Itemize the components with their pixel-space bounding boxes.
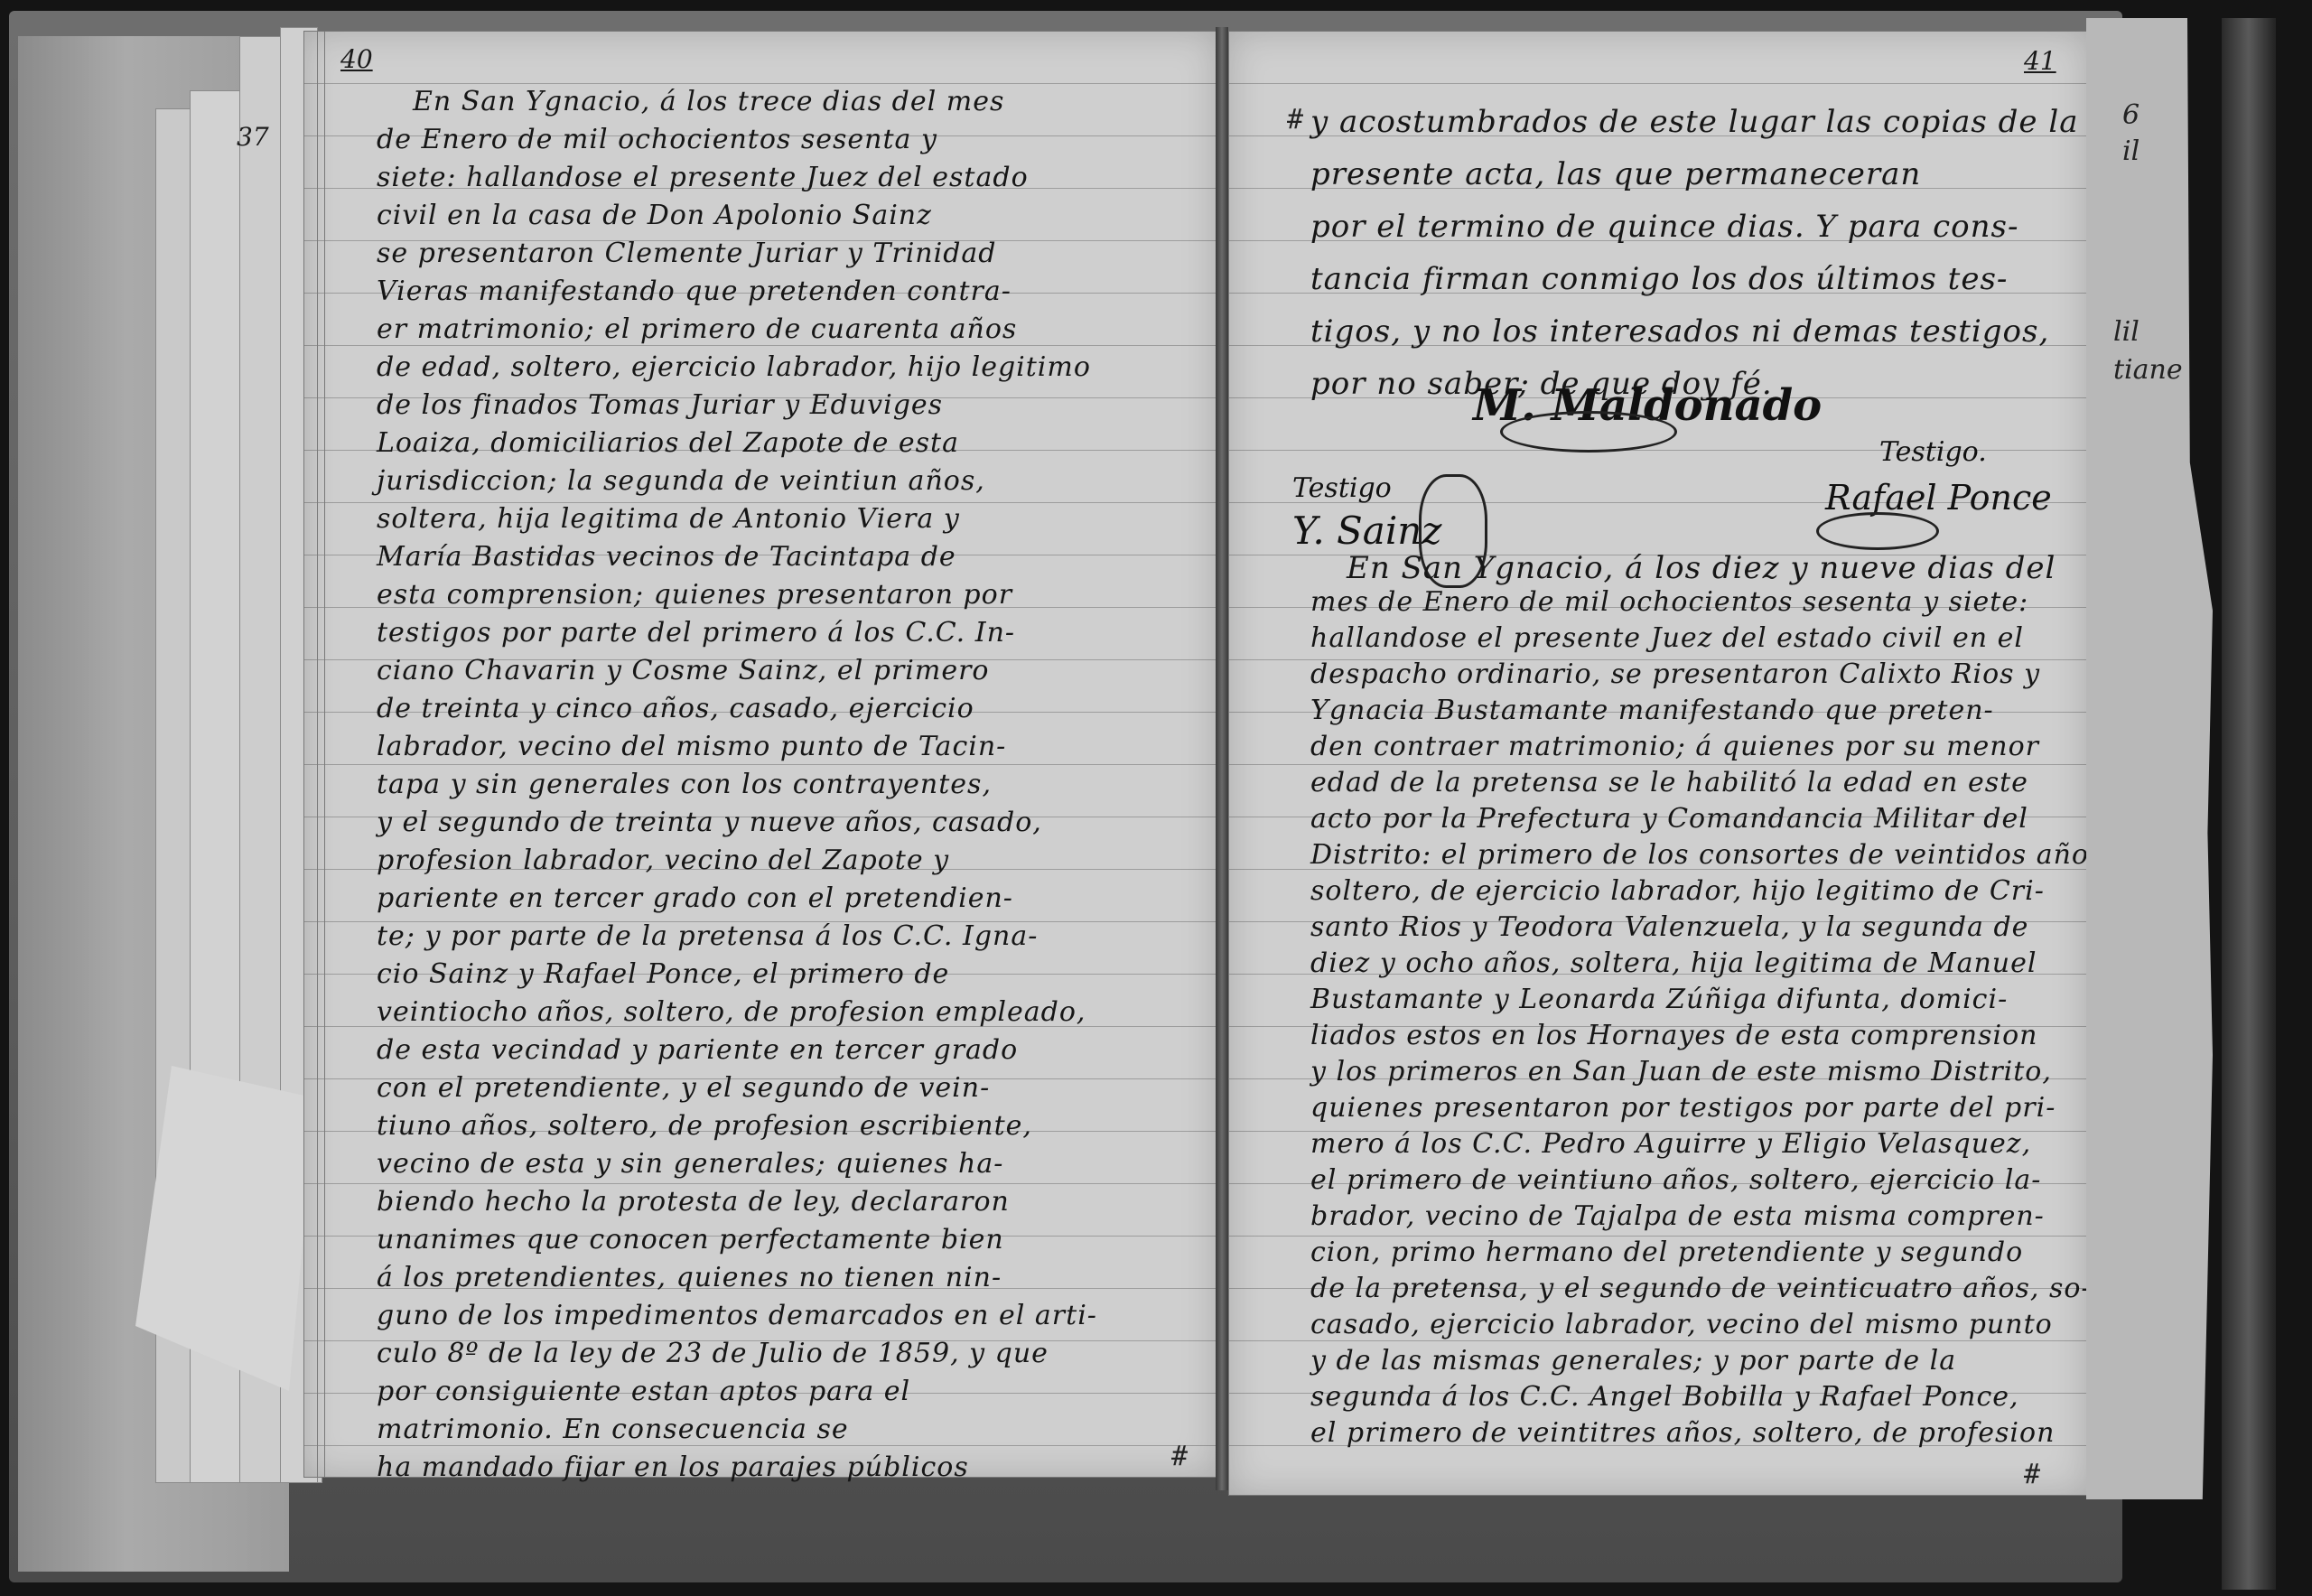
text-line: presente acta, las que permaneceran xyxy=(1310,156,1921,192)
text-line: matrimonio. En consecuencia se xyxy=(377,1414,849,1445)
text-line: y de las mismas generales; y por parte d… xyxy=(1310,1345,1956,1377)
text-line: de la pretensa, y el segundo de veinticu… xyxy=(1310,1273,2092,1304)
text-line: diez y ocho años, soltera, hija legitima… xyxy=(1310,947,2037,979)
text-line: quienes presentaron por testigos por par… xyxy=(1310,1092,2056,1124)
signature-flourish xyxy=(1500,411,1677,453)
text-line: se presentaron Clemente Juriar y Trinida… xyxy=(377,238,997,269)
end-mark: # xyxy=(2024,1459,2040,1490)
text-line: brador, vecino de Tajalpa de esta misma … xyxy=(1310,1200,2045,1232)
text-line: tancia firman conmigo los dos últimos te… xyxy=(1310,261,2008,297)
text-line: culo 8º de la ley de 23 de Julio de 1859… xyxy=(377,1338,1049,1369)
text-line: tigos, y no los interesados ni demas tes… xyxy=(1310,313,2049,350)
text-line: soltera, hija legitima de Antonio Viera … xyxy=(377,503,960,535)
text-line: Ygnacia Bustamante manifestando que pret… xyxy=(1310,695,1994,726)
text-line: María Bastidas vecinos de Tacintapa de xyxy=(377,541,956,573)
text-line: edad de la pretensa se le habilitó la ed… xyxy=(1310,767,2028,798)
text-line: por el termino de quince dias. Y para co… xyxy=(1310,209,2018,245)
text-line: te; y por parte de la pretensa á los C.C… xyxy=(377,920,1038,952)
flap-fragment: 6 xyxy=(2122,99,2140,131)
witness-right-label: Testigo. xyxy=(1879,436,1987,468)
end-mark: # xyxy=(1171,1441,1188,1472)
text-line: tapa y sin generales con los contrayente… xyxy=(377,769,992,800)
margin-rule xyxy=(324,32,325,1477)
text-line: unanimes que conocen perfectamente bien xyxy=(377,1224,1004,1255)
text-line: jurisdiccion; la segunda de veintiun año… xyxy=(377,465,985,497)
text-line: pariente en tercer grado con el pretendi… xyxy=(377,882,1013,914)
text-line: tiuno años, soltero, de profesion escrib… xyxy=(377,1110,1032,1142)
text-line: er matrimonio; el primero de cuarenta añ… xyxy=(377,313,1017,345)
text-line: En San Ygnacio, á los trece dias del mes xyxy=(413,86,1004,117)
text-line: y el segundo de treinta y nueve años, ca… xyxy=(377,807,1042,838)
text-line: veintiocho años, soltero, de profesion e… xyxy=(377,996,1086,1028)
stacked-page-folio: 37 xyxy=(237,122,269,152)
text-line: de esta vecindad y pariente en tercer gr… xyxy=(377,1034,1018,1066)
text-line: despacho ordinario, se presentaron Calix… xyxy=(1310,658,2040,690)
text-line: mero á los C.C. Pedro Aguirre y Eligio V… xyxy=(1310,1128,2031,1160)
text-line: Loaiza, domiciliarios del Zapote de esta xyxy=(377,427,959,459)
text-line: de Enero de mil ochocientos sesenta y xyxy=(377,124,937,155)
text-line: ciano Chavarin y Cosme Sainz, el primero xyxy=(377,655,989,686)
continuation-mark: # xyxy=(1287,104,1303,135)
text-line: santo Rios y Teodora Valenzuela, y la se… xyxy=(1310,911,2028,943)
witness-left-label: Testigo xyxy=(1292,472,1392,504)
text-line: y los primeros en San Juan de este mismo… xyxy=(1310,1056,2052,1087)
text-line: con el pretendiente, y el segundo de vei… xyxy=(377,1072,990,1104)
flap-fragment: il xyxy=(2122,135,2140,167)
witness-right-signature: Rafael Ponce xyxy=(1825,478,2052,518)
text-line: de edad, soltero, ejercicio labrador, hi… xyxy=(377,351,1091,383)
text-line: hallandose el presente Juez del estado c… xyxy=(1310,622,2024,654)
text-line: y acostumbrados de este lugar las copias… xyxy=(1310,104,2078,140)
text-line: Vieras manifestando que pretenden contra… xyxy=(377,275,1011,307)
text-line: den contraer matrimonio; á quienes por s… xyxy=(1310,731,2039,762)
text-line: de los finados Tomas Juriar y Eduviges xyxy=(377,389,943,421)
book-gutter xyxy=(1216,27,1228,1490)
book-edge xyxy=(2222,18,2276,1590)
text-line: el primero de veintiuno años, soltero, e… xyxy=(1310,1164,2041,1196)
text-line: vecino de esta y sin generales; quienes … xyxy=(377,1148,1003,1180)
right-page: 41 # y acostumbrados de este lugar las c… xyxy=(1228,31,2088,1496)
flap-fragment: tiane xyxy=(2113,354,2183,386)
text-line: guno de los impedimentos demarcados en e… xyxy=(377,1300,1097,1331)
flap-fragment: lil xyxy=(2113,316,2140,348)
text-line: civil en la casa de Don Apolonio Sainz xyxy=(377,200,932,231)
text-line: testigos por parte del primero á los C.C… xyxy=(377,617,1015,649)
margin-rule xyxy=(317,32,318,1477)
text-line: soltero, de ejercicio labrador, hijo leg… xyxy=(1310,875,2045,907)
left-page: 40 En San Ygnacio, á los trece dias del … xyxy=(303,31,1217,1478)
text-line: biendo hecho la protesta de ley, declara… xyxy=(377,1186,1010,1218)
text-line: profesion labrador, vecino del Zapote y xyxy=(377,845,949,876)
text-line: liados estos en los Hornayes de esta com… xyxy=(1310,1020,2038,1051)
text-line: mes de Enero de mil ochocientos sesenta … xyxy=(1310,586,2028,618)
page-folio-number: 41 xyxy=(2024,46,2056,76)
text-line: ha mandado fijar en los parajes públicos xyxy=(377,1451,969,1483)
text-line: de treinta y cinco años, casado, ejercic… xyxy=(377,693,974,724)
text-line: labrador, vecino del mismo punto de Taci… xyxy=(377,731,1006,762)
text-line: siete: hallandose el presente Juez del e… xyxy=(377,162,1029,193)
text-line: segunda á los C.C. Angel Bobilla y Rafae… xyxy=(1310,1381,2019,1413)
text-line: á los pretendientes, quienes no tienen n… xyxy=(377,1262,1002,1293)
text-line: casado, ejercicio labrador, vecino del m… xyxy=(1310,1309,2053,1340)
text-line: esta comprension; quienes presentaron po… xyxy=(377,579,1012,611)
text-line: cio Sainz y Rafael Ponce, el primero de xyxy=(377,958,949,990)
text-line: el primero de veintitres años, soltero, … xyxy=(1310,1417,2055,1449)
signature-flourish xyxy=(1816,512,1939,550)
text-line: En San Ygnacio, á los diez y nueve dias … xyxy=(1347,550,2056,586)
text-line: Bustamante y Leonarda Zúñiga difunta, do… xyxy=(1310,984,2008,1015)
text-line: por consiguiente estan aptos para el xyxy=(377,1376,910,1407)
text-line: cion, primo hermano del pretendiente y s… xyxy=(1310,1237,2023,1268)
text-line: acto por la Prefectura y Comandancia Mil… xyxy=(1310,803,2028,835)
page-folio-number: 40 xyxy=(340,44,373,74)
text-line: Distrito: el primero de los consortes de… xyxy=(1310,839,2113,871)
